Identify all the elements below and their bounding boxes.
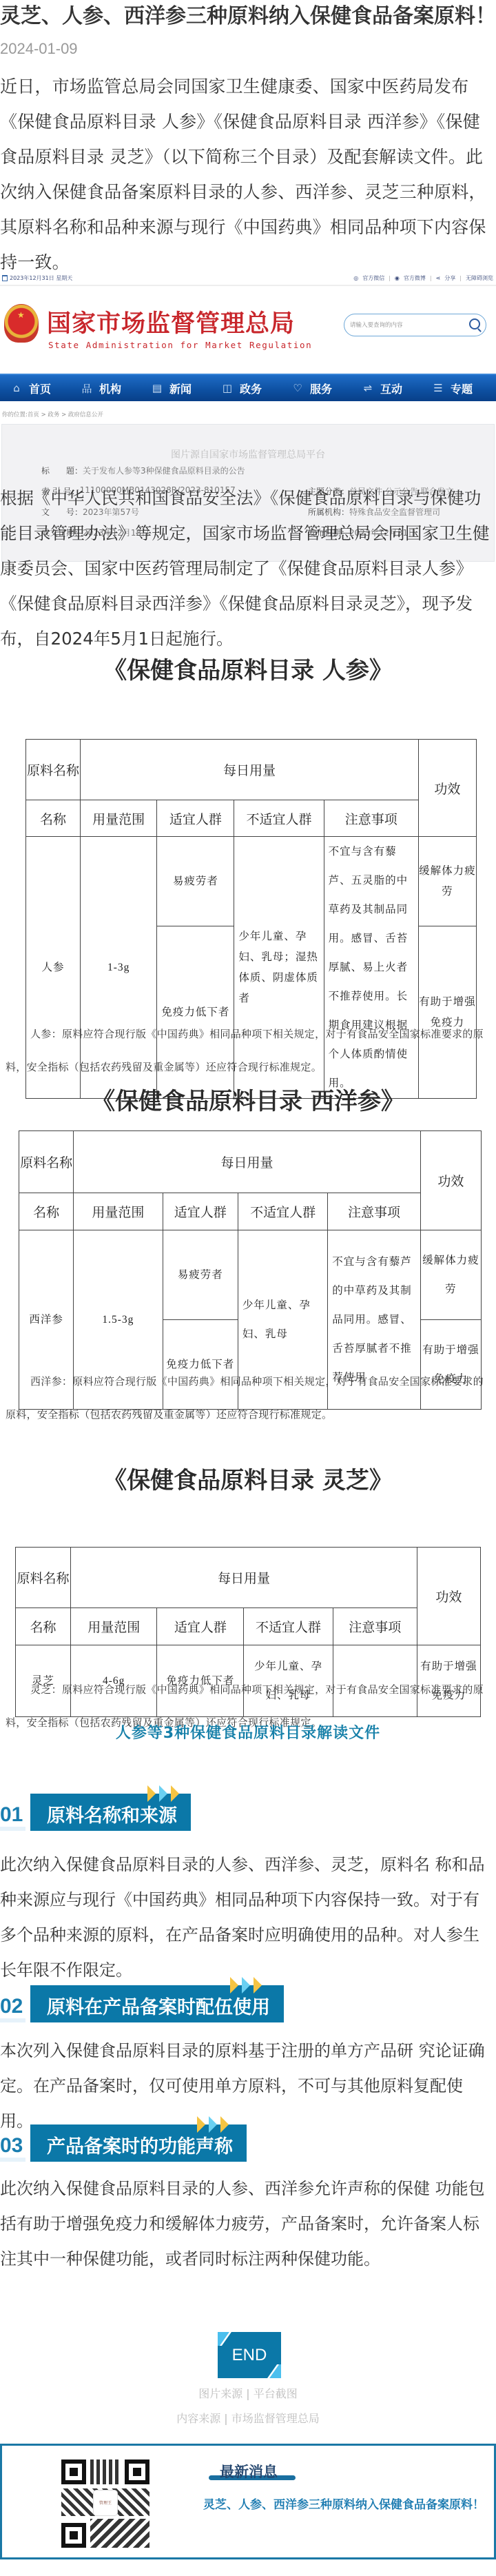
nav-item-affairs[interactable]: ◫政务: [211, 381, 281, 396]
content-source-caption: 内容来源 | 市场监督管理总局: [0, 2410, 496, 2426]
section-header-01: 01 原料名称和来源: [0, 1785, 179, 1837]
news-icon: ▤: [152, 382, 163, 394]
calendar-icon: [2, 275, 8, 281]
divider: |: [459, 275, 462, 281]
cell-suitable: 易疲劳者: [163, 1230, 238, 1320]
qr-code: 管理王: [57, 2455, 154, 2552]
nav-item-topics[interactable]: ☰专题: [422, 381, 492, 396]
arrows-icon: [230, 1977, 265, 1994]
exchange-icon: ⇌: [362, 382, 373, 394]
national-emblem-icon: ★: [4, 304, 39, 343]
qr-logo: 管理王: [93, 2490, 118, 2516]
samr-site-screenshot: 2023年12月31日 星期天 ◎ 官方微信 | ◉ 官方微博 | ⋖ 分享 |…: [0, 271, 496, 509]
end-badge: END: [218, 2332, 281, 2378]
latest-news-box: 管理王 最新消息 灵芝、人参、西洋参三种原料纳入保健食品备案原料！: [0, 2444, 496, 2559]
catalog-title-american-ginseng: 《保健食品原料目录 西洋参》: [0, 1082, 496, 1116]
regulation-paragraph: 根据《中华人民共和国食品安全法》《保健食品原料目录与保健功能目录管理办法》等规定…: [0, 480, 493, 656]
arrows-icon: [197, 2116, 232, 2133]
article-title: 灵芝、人参、西洋参三种原料纳入保健食品备案原料！: [0, 3, 496, 30]
image-caption: 图片源自国家市场监督管理总局平台: [0, 447, 496, 461]
section-03-text: 此次纳入保健食品原料目录的人参、西洋参允许声称的保健 功能包括有助于增强免疫力和…: [0, 2171, 493, 2277]
toolbar-link-wechat[interactable]: 官方微信: [362, 274, 384, 282]
lead-paragraph: 近日，市场监管总局会同国家卫生健康委、国家中医药局发布《保健食品原料目录 人参》…: [0, 69, 493, 280]
info-title: 标 题：关于发布人参等3种保健食品原料目录的公告: [41, 465, 245, 476]
section-01-text: 此次纳入保健食品原料目录的人参、西洋参、灵芝，原料名 称和品种来源应与现行《中国…: [0, 1847, 493, 1988]
article-date: 2024-01-09: [0, 39, 78, 59]
toolbar-link-weibo[interactable]: 官方微博: [404, 274, 426, 282]
nav-item-home[interactable]: ⌂首页: [0, 381, 70, 396]
nav-item-news[interactable]: ▤新闻: [141, 381, 211, 396]
arrows-icon: [147, 1785, 183, 1802]
interpretation-title: 人参等3种保健食品原料目录解读文件: [0, 1721, 496, 1743]
latest-news-heading: 最新消息: [220, 2461, 278, 2482]
toolbar-date: 2023年12月31日 星期天: [10, 274, 72, 282]
search-icon[interactable]: [469, 318, 480, 329]
image-source-caption: 图片来源 | 平台截图: [0, 2385, 496, 2401]
site-search-input[interactable]: 请输入要查询的内容: [344, 314, 486, 336]
breadcrumb: 你的位置:首页 > 政务 > 政府信息公开: [2, 410, 103, 418]
site-logo-cn[interactable]: 国家市场监督管理总局: [47, 310, 295, 338]
catalog-title-lingzhi: 《保健食品原料目录 灵芝》: [0, 1461, 496, 1495]
book-icon: ◫: [222, 382, 233, 394]
heart-icon: ♡: [292, 382, 303, 394]
site-header: ★ 国家市场监督管理总局 State Administration for Ma…: [0, 286, 496, 367]
list-icon: ☰: [433, 382, 444, 394]
site-toolbar: 2023年12月31日 星期天 ◎ 官方微信 | ◉ 官方微博 | ⋖ 分享 |…: [0, 271, 496, 286]
cell-effect: 缓解体力疲劳: [420, 1230, 481, 1320]
org-chart-icon: 品: [81, 381, 92, 396]
latest-news-link[interactable]: 灵芝、人参、西洋参三种原料纳入保健食品备案原料！: [203, 2487, 486, 2523]
nav-item-interact[interactable]: ⇌互动: [351, 381, 422, 396]
catalog-note-ginseng: 人参：原料应符合现行版《中国药典》相同品种项下相关规定，对于有食品安全国家标准要…: [6, 1018, 493, 1084]
search-placeholder: 请输入要查询的内容: [350, 321, 403, 329]
catalog-note-american-ginseng: 西洋参：原料应符合现行版《中国药典》相同品种项下相关规定，对于有食品安全国家标准…: [6, 1366, 493, 1432]
nav-item-org[interactable]: 品机构: [70, 381, 141, 396]
toolbar-link-accessibility[interactable]: 无障碍浏览: [466, 274, 493, 282]
weibo-icon: ◉: [395, 275, 400, 281]
divider: |: [430, 275, 432, 281]
nav-item-services[interactable]: ♡服务: [281, 381, 351, 396]
toolbar-link-share[interactable]: 分享: [444, 274, 455, 282]
share-icon: ⋖: [436, 275, 441, 281]
site-nav: ⌂首页 品机构 ▤新闻 ◫政务 ♡服务 ⇌互动 ☰专题: [0, 374, 496, 401]
section-header-02: 02 原料在产品备案时配伍使用: [0, 1977, 262, 2029]
section-header-03: 03 产品备案时的功能声称: [0, 2116, 227, 2168]
site-logo-en: State Administration for Market Regulati…: [48, 340, 312, 350]
home-icon: ⌂: [11, 382, 22, 394]
catalog-title-ginseng: 《保健食品原料目录 人参》: [0, 651, 496, 685]
divider: |: [389, 275, 391, 281]
cell-suitable: 易疲劳者: [157, 837, 234, 926]
cell-effect: 缓解体力疲劳: [418, 837, 476, 926]
wechat-icon: ◎: [353, 275, 358, 281]
